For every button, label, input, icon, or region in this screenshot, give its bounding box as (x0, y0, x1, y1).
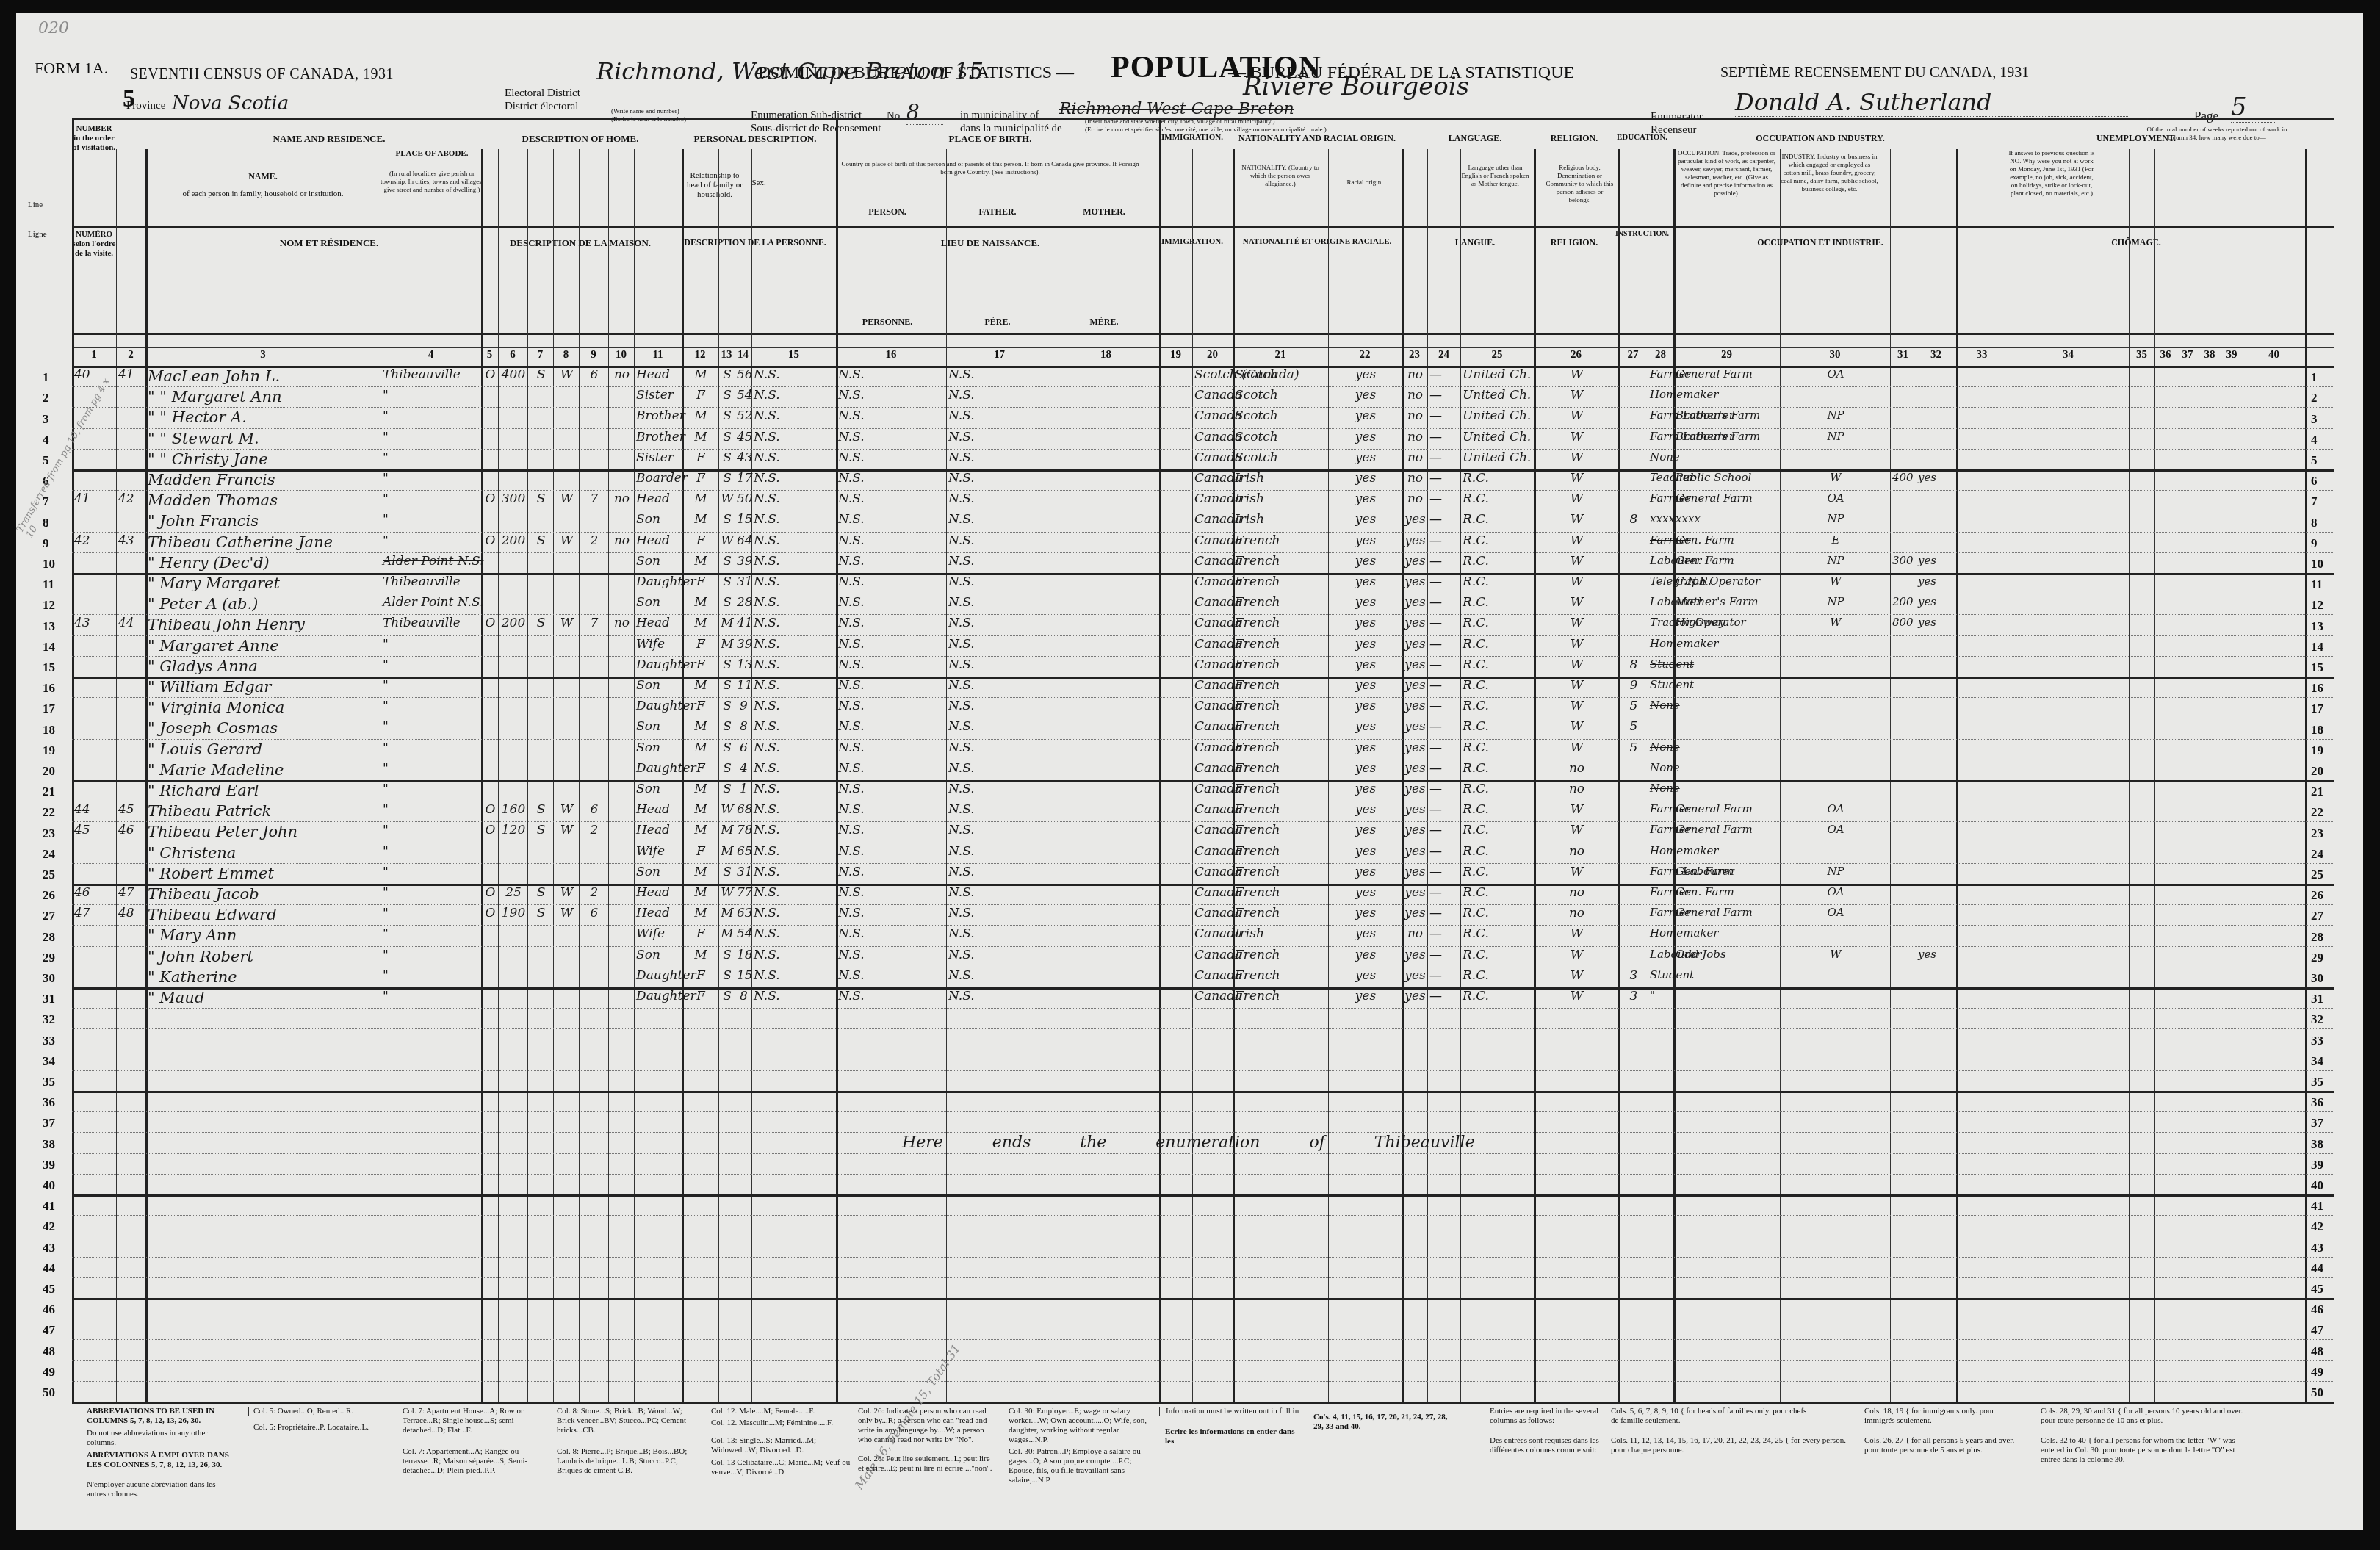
row-rule (72, 1194, 2334, 1197)
cell-occupation: " (1650, 989, 1655, 1002)
cell-relation: Head (636, 823, 670, 837)
cell-fr: yes (1404, 823, 1427, 837)
cell-religion: R.C. (1463, 719, 1489, 734)
column-number: 13 (718, 349, 735, 361)
mother-tongue-label: Language other than English or French sp… (1460, 164, 1530, 188)
cell-bp-father: N.S. (838, 844, 865, 859)
cell-racial: French (1235, 844, 1280, 859)
column-divider (116, 149, 117, 1402)
cell-bp-mother: N.S. (948, 595, 975, 610)
cell-religion: R.C. (1463, 802, 1489, 817)
line-number: 5 (43, 453, 49, 468)
cell-religion: R.C. (1463, 657, 1489, 672)
cell-rw: W (1536, 388, 1618, 403)
line-number: 12 (2311, 598, 2323, 613)
row-rule (72, 1236, 2334, 1236)
cell-class-worker: W (1782, 616, 1889, 629)
cell-racial: French (1235, 823, 1280, 837)
group-birth-fr: LIEU DE NAISSANCE. (821, 237, 1159, 249)
cell-age: 64 (737, 533, 751, 548)
cell-sex: F (684, 637, 718, 652)
cell-tongue: — (1429, 948, 1442, 962)
industry-label: INDUSTRY. Industry or business in which … (1780, 153, 1879, 193)
cell-eng: yes (1330, 968, 1401, 983)
cell-name: " Henry (Dec'd) (148, 554, 270, 572)
cell-class: S (530, 885, 552, 900)
cell-tongue: — (1429, 989, 1442, 1003)
row-rule (72, 552, 2334, 553)
cell-rw: W (1536, 865, 1618, 879)
cell-tongue: — (1429, 367, 1442, 382)
column-divider (2154, 149, 2155, 1402)
entries-en: Entries are required in the several colu… (1490, 1407, 1600, 1426)
cell-bp-person: N.S. (754, 802, 780, 817)
cell-fr: no (1404, 408, 1427, 423)
cell-age: 31 (737, 574, 751, 589)
cell-relation: Son (636, 740, 660, 755)
row-rule (72, 1070, 2334, 1071)
col26-fr: Col. 26: Peut lire seulement...L; peut l… (858, 1455, 998, 1474)
column-number: 40 (2243, 349, 2305, 361)
cell-class: S (530, 533, 552, 548)
cell-tongue: — (1429, 450, 1442, 465)
cell-sex: M (684, 678, 718, 693)
cell-sex: M (684, 782, 718, 796)
cell-occupation: Homemaker (1650, 388, 1719, 401)
cell-occupation: None (1650, 450, 1680, 464)
cell-abode: " (383, 761, 389, 776)
cell-bp-mother: N.S. (948, 802, 975, 817)
cell-name: " Mary Ann (148, 926, 237, 944)
line-number: 21 (43, 785, 55, 799)
cell-racial: French (1235, 699, 1280, 713)
footer-abbreviations: ABBREVIATIONS TO BE USED IN COLUMNS 5, 7… (72, 1407, 2334, 1517)
cell-bp-father: N.S. (838, 471, 865, 486)
line-number: 49 (2311, 1365, 2323, 1380)
cell-sex: M (684, 554, 718, 569)
cell-bp-mother: N.S. (948, 885, 975, 900)
column-divider (481, 149, 483, 1402)
line-number: 36 (2311, 1095, 2323, 1110)
cell-bp-person: N.S. (754, 948, 780, 962)
cell-eng: yes (1330, 408, 1401, 423)
cell-racial: Scotch (1235, 408, 1278, 423)
cell-dwelling: 46 (74, 885, 90, 900)
line-number: 31 (2311, 992, 2323, 1006)
cell-eng: yes (1330, 450, 1401, 465)
cell-tongue: — (1429, 761, 1442, 776)
cell-sex: M (684, 367, 718, 382)
cell-rooms: 6 (581, 906, 607, 920)
group-unemployment-fr: CHÔMAGE. (1967, 237, 2305, 248)
cell-rw: W (1536, 554, 1618, 569)
cell-bp-person: N.S. (754, 491, 780, 506)
cell-family: 41 (118, 367, 134, 382)
info-cols: Co's. 4, 11, 15, 16, 17, 20, 21, 24, 27,… (1313, 1413, 1453, 1432)
cell-family: 44 (118, 616, 134, 630)
line-number: 36 (43, 1095, 55, 1110)
cell-bp-mother: N.S. (948, 554, 975, 569)
cell-racial: French (1235, 657, 1280, 672)
line-number: 30 (43, 971, 55, 986)
province-label: Province (126, 100, 165, 112)
abode-desc: (In rural localities give parish or town… (381, 170, 483, 194)
line-number: 40 (43, 1178, 55, 1193)
column-divider (2221, 149, 2221, 1402)
cell-fr: yes (1404, 885, 1427, 900)
cell-relation: Head (636, 533, 670, 548)
cell-bp-father: N.S. (838, 533, 865, 548)
cell-owned: O (483, 491, 497, 506)
cell-rw: W (1536, 450, 1618, 465)
cell-tongue: — (1429, 408, 1442, 423)
cell-bp-father: N.S. (838, 885, 865, 900)
cell-age: 43 (737, 450, 751, 465)
cell-bp-person: N.S. (754, 968, 780, 983)
line-number: 18 (2311, 723, 2323, 738)
cell-tongue: — (1429, 637, 1442, 652)
line-number: 12 (43, 598, 55, 613)
cell-abode: " (383, 408, 389, 423)
cell-abode: " (383, 740, 389, 755)
cell-bp-father: N.S. (838, 926, 865, 941)
cell-rw: W (1536, 408, 1618, 423)
cell-age: 39 (737, 554, 751, 569)
line-number: 24 (2311, 847, 2323, 862)
cell-rw: no (1536, 761, 1618, 776)
cell-rw: W (1536, 574, 1618, 589)
row-rule (72, 1008, 2334, 1009)
line-number: 43 (43, 1241, 55, 1255)
cell-name: MacLean John L. (148, 367, 280, 385)
cell-class-worker: E (1782, 533, 1889, 547)
column-number: 39 (2221, 349, 2243, 361)
column-divider (1890, 149, 1891, 1402)
cell-name: " Christena (148, 844, 236, 862)
cell-bp-father: N.S. (838, 906, 865, 920)
cell-racial: French (1235, 740, 1280, 755)
cell-eng: yes (1330, 430, 1401, 444)
group-nationality-fr: NATIONALITÉ ET ORIGINE RACIALE. (1233, 237, 1402, 246)
line-number: 14 (43, 640, 55, 655)
cell-fr: yes (1404, 554, 1427, 569)
row-rule (72, 967, 2334, 967)
cell-bp-mother: N.S. (948, 865, 975, 879)
cell-rw: W (1536, 367, 1618, 382)
cell-religion: R.C. (1463, 574, 1489, 589)
cell-industry: General Farm (1676, 802, 1753, 815)
cell-abode: " (383, 989, 389, 1003)
cell-marital: S (721, 678, 734, 693)
line-number: 45 (2311, 1282, 2323, 1297)
column-divider (2305, 149, 2307, 1402)
cell-radio: no (610, 616, 633, 630)
column-divider (2177, 149, 2177, 1402)
cell-abode: " (383, 968, 389, 983)
cell-occupation: Student (1650, 968, 1694, 981)
column-number: 5 (481, 349, 498, 361)
municipality-value: Rivière Bourgeois (1243, 72, 1469, 101)
cell-name: Thibeau Peter John (148, 823, 297, 840)
cell-eng: yes (1330, 989, 1401, 1003)
cell-racial: French (1235, 906, 1280, 920)
cell-age: 6 (737, 740, 751, 755)
cell-tongue: — (1429, 926, 1442, 941)
column-divider (2243, 149, 2243, 1402)
row-rule (72, 1381, 2334, 1382)
cell-owned: O (483, 823, 497, 837)
cell-relation: Sister (636, 388, 674, 403)
cell-bp-mother: N.S. (948, 616, 975, 630)
cell-religion: R.C. (1463, 926, 1489, 941)
cell-age: 54 (737, 388, 751, 403)
cell-religion: R.C. (1463, 512, 1489, 527)
cell-bp-mother: N.S. (948, 968, 975, 983)
line-number: 19 (2311, 743, 2323, 758)
cell-fr: yes (1404, 637, 1427, 652)
column-number: 24 (1427, 349, 1460, 361)
cell-age: 50 (737, 491, 751, 506)
cell-tongue: — (1429, 906, 1442, 920)
group-education-en: EDUCATION. (1615, 133, 1670, 142)
col8-en: Col. 8: Stone...S; Brick...B; Wood...W; … (557, 1407, 696, 1435)
cell-relation: Head (636, 491, 670, 506)
cell-bp-person: N.S. (754, 699, 780, 713)
line-number: 25 (2311, 868, 2323, 882)
cell-eng: yes (1330, 595, 1401, 610)
line-number: 10 (43, 557, 55, 572)
cell-abode: " (383, 471, 389, 486)
cell-age: 45 (737, 430, 751, 444)
line-number: 20 (43, 764, 55, 779)
cell-industry: General Farm (1676, 491, 1753, 505)
cell-abode: " (383, 948, 389, 962)
row-rule (72, 904, 2334, 905)
cell-bp-person: N.S. (754, 989, 780, 1003)
cell-dwelling: 43 (74, 616, 90, 630)
cell-religion: R.C. (1463, 699, 1489, 713)
column-divider (1618, 149, 1620, 1402)
cell-age: 15 (737, 968, 751, 983)
cell-bp-mother: N.S. (948, 388, 975, 403)
cell-age: 56 (737, 367, 751, 382)
line-number: 13 (43, 619, 55, 634)
cell-at-work: yes (1918, 554, 1936, 567)
cell-bp-father: N.S. (838, 678, 865, 693)
column-number: 20 (1192, 349, 1233, 361)
cell-racial: French (1235, 678, 1280, 693)
cell-rw: W (1536, 678, 1618, 693)
cell-rw: W (1536, 430, 1618, 444)
cell-age: 41 (737, 616, 751, 630)
row-rule (72, 1091, 2334, 1093)
column-divider (1648, 149, 1648, 1402)
cell-earnings: 200 (1892, 595, 1914, 608)
cell-bp-mother: N.S. (948, 906, 975, 920)
cell-marital: S (721, 948, 734, 962)
row-rule (72, 1257, 2334, 1258)
col13-fr: Col. 13 Célibataire...C; Marié...M; Veuf… (711, 1458, 851, 1477)
column-divider (72, 120, 74, 1402)
cell-racial: French (1235, 595, 1280, 610)
cell-value: 300 (500, 491, 527, 506)
cell-religion: R.C. (1463, 637, 1489, 652)
cell-marital: S (721, 367, 734, 382)
cell-marital: S (721, 408, 734, 423)
cell-bp-mother: N.S. (948, 367, 975, 382)
cell-fr: yes (1404, 865, 1427, 879)
cell-name: " Virginia Monica (148, 699, 284, 716)
line-number: 16 (43, 681, 55, 696)
group-personal-en: PERSONAL DESCRIPTION. (682, 133, 829, 145)
line-number: 7 (2311, 494, 2318, 509)
row-rule (72, 1298, 2334, 1300)
electoral-value: Richmond, West Cape Breton 15 (596, 57, 984, 85)
cell-value: 400 (500, 367, 527, 382)
cell-religion: R.C. (1463, 533, 1489, 548)
col12-fr: Col. 12. Masculin...M; Féminine.....F. (711, 1419, 851, 1428)
cell-abode: " (383, 719, 389, 734)
cell-bp-father: N.S. (838, 823, 865, 837)
cell-class-worker: OA (1782, 823, 1889, 836)
cell-bp-father: N.S. (838, 637, 865, 652)
cell-class-worker: NP (1782, 512, 1889, 525)
line-number: 23 (2311, 826, 2323, 841)
line-number: 46 (2311, 1302, 2323, 1317)
row-rule (72, 449, 2334, 450)
cell-value: 120 (500, 823, 527, 837)
cell-sex: F (684, 761, 718, 776)
cell-fr: no (1404, 430, 1427, 444)
cell-religion: R.C. (1463, 782, 1489, 796)
abode-title: PLACE OF ABODE. (381, 149, 483, 158)
cell-name: " Marie Madeline (148, 761, 284, 779)
cell-marital: M (721, 906, 734, 920)
cell-sex: M (684, 595, 718, 610)
cell-rooms: 7 (581, 491, 607, 506)
cell-marital: W (721, 802, 734, 817)
cell-sex: M (684, 740, 718, 755)
cell-bp-person: N.S. (754, 408, 780, 423)
cell-name: " " Stewart M. (148, 430, 259, 447)
cell-sex: M (684, 408, 718, 423)
line-number: 28 (2311, 930, 2323, 945)
cell-relation: Wife (636, 844, 665, 859)
cell-religion: R.C. (1463, 471, 1489, 486)
row-rule (72, 490, 2334, 491)
line-number: 46 (43, 1302, 55, 1317)
cell-religion: R.C. (1463, 885, 1489, 900)
cell-rw: W (1536, 512, 1618, 527)
province-value: Nova Scotia (172, 93, 502, 115)
cell-bp-person: N.S. (754, 823, 780, 837)
name-title: NAME. (145, 171, 381, 182)
cell-tongue: — (1429, 491, 1442, 506)
cell-abode: Alder Point N.S. (383, 554, 483, 569)
cell-marital: M (721, 637, 734, 652)
cell-bp-father: N.S. (838, 968, 865, 983)
cell-age: 65 (737, 844, 751, 859)
cell-fr: no (1404, 450, 1427, 465)
column-number: 25 (1460, 349, 1534, 361)
cell-age: 54 (737, 926, 751, 941)
column-divider (2008, 149, 2008, 1402)
cell-religion: R.C. (1463, 989, 1489, 1003)
line-number: 39 (2311, 1158, 2323, 1172)
cell-industry: Highway (1676, 616, 1725, 629)
cell-material: W (555, 823, 578, 837)
cell-school: 3 (1620, 989, 1647, 1003)
cell-rw: W (1536, 699, 1618, 713)
cell-fr: yes (1404, 989, 1427, 1003)
row-rule (72, 925, 2334, 926)
cell-bp-person: N.S. (754, 574, 780, 589)
cell-earnings: 300 (1892, 554, 1914, 567)
cell-occupation: Homemaker (1650, 926, 1719, 940)
relationship-label: Relationship to head of family or househ… (682, 171, 748, 200)
line-number: 11 (2311, 577, 2323, 592)
cell-eng: yes (1330, 388, 1401, 403)
cell-bp-father: N.S. (838, 761, 865, 776)
cell-rw: no (1536, 906, 1618, 920)
cell-marital: S (721, 554, 734, 569)
enumerator-value: Donald A. Sutherland (1735, 88, 2128, 117)
cell-occupation: None (1650, 761, 1680, 774)
cell-bp-person: N.S. (754, 637, 780, 652)
cell-relation: Son (636, 595, 660, 610)
cell-eng: yes (1330, 471, 1401, 486)
cell-fr: yes (1404, 512, 1427, 527)
col13-en: Col. 13: Single...S; Married...M; Widowe… (711, 1436, 851, 1455)
cell-at-work: yes (1918, 616, 1936, 629)
cell-racial: French (1235, 554, 1280, 569)
cell-value: 25 (500, 885, 527, 900)
cell-relation: Brother (636, 430, 685, 444)
cell-racial: French (1235, 948, 1280, 962)
group-occupation-fr: OCCUPATION ET INDUSTRIE. (1673, 237, 1967, 248)
cell-abode: " (383, 823, 389, 837)
line-label-en: Line (28, 201, 43, 210)
cell-bp-person: N.S. (754, 388, 780, 403)
row-rule (72, 1215, 2334, 1216)
cell-eng: yes (1330, 699, 1401, 713)
cell-eng: yes (1330, 948, 1401, 962)
line-number: 2 (43, 391, 49, 405)
row-rule (72, 821, 2334, 822)
cell-sex: M (684, 430, 718, 444)
cell-relation: Son (636, 678, 660, 693)
cell-value: 200 (500, 616, 527, 630)
cell-bp-person: N.S. (754, 471, 780, 486)
line-number: 9 (43, 536, 49, 551)
column-number: 16 (836, 349, 946, 361)
cell-earnings: 800 (1892, 616, 1914, 629)
line-number: 19 (43, 743, 55, 758)
cell-industry: Gen. Farm (1676, 865, 1734, 878)
cell-name: " " Margaret Ann (148, 388, 282, 405)
abbrev-fr-title: ABRÉVIATIONS À EMPLOYER DANS LES COLONNE… (87, 1451, 234, 1470)
cell-bp-person: N.S. (754, 885, 780, 900)
column-number: 14 (735, 349, 751, 361)
row-rule (72, 407, 2334, 408)
cell-abode: " (383, 802, 389, 817)
row-rule (72, 1174, 2334, 1175)
line-number: 5 (2311, 453, 2318, 468)
cell-tongue: — (1429, 885, 1442, 900)
line-number: 38 (2311, 1137, 2323, 1152)
line-number: 14 (2311, 640, 2323, 655)
cell-class-worker: NP (1782, 554, 1889, 567)
